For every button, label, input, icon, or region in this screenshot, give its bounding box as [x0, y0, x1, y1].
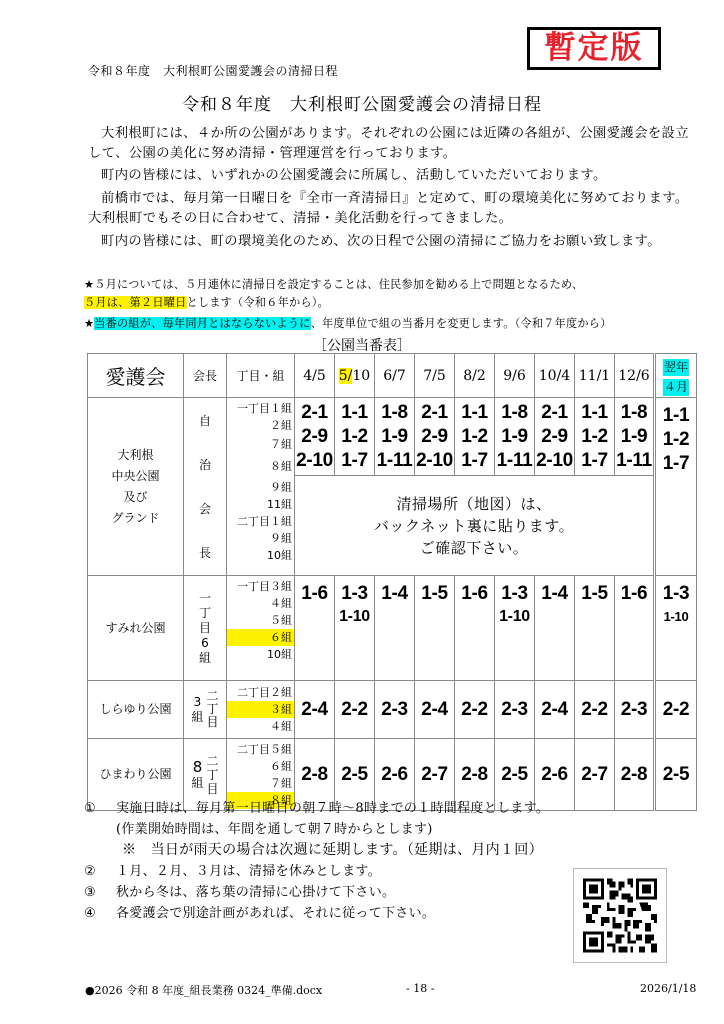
- park-name: 大利根中央公園 及びグランド: [88, 398, 184, 576]
- duty-schedule-table: 愛護会 会長 丁目・組 4/5 5/10 6/7 7/5 8/2 9/6 10/…: [87, 353, 697, 811]
- duty-cell: 2-2: [455, 681, 495, 739]
- header-date: 8/2: [455, 354, 495, 398]
- rain-postpone-note: ※ 当日が雨天の場合は次週に延期します。（延期は、月内１回）: [84, 840, 624, 861]
- table-row-shirayuri-park: しらゆり公園 3組 二丁目 二丁目２組３組４組 2-4 2-2 2-3 2-4 …: [88, 681, 697, 739]
- draft-stamp: 暫定版: [527, 27, 661, 70]
- table-row-central-park: 大利根中央公園 及びグランド 自 治 会 長 一丁目１組２組 ７組８組 ９組11…: [88, 398, 697, 476]
- duty-cell: 1-6: [615, 576, 655, 681]
- duty-cell: 2-12-92-10: [415, 398, 455, 476]
- header-date: 12/6: [615, 354, 655, 398]
- header-chair: 会長: [184, 354, 227, 398]
- footnote-4: ④各愛護会で別途計画があれば、それに従って下さい。: [84, 903, 624, 924]
- duty-cell: 2-3: [495, 681, 535, 739]
- group-list: 一丁目３組４組５組 ６組10組: [227, 576, 295, 681]
- running-title: 令和８年度 大利根町公園愛護会の清掃日程: [88, 62, 338, 79]
- duty-cell: 1-11-21-7: [335, 398, 375, 476]
- duty-cell: 1-5: [575, 576, 615, 681]
- footer-page-number: - 18 -: [406, 982, 434, 995]
- duty-cell: 2-2: [575, 681, 615, 739]
- intro-paragraph-1: 大利根町には、４か所の公園があります。それぞれの公園には近隣の各組が、公園愛護会…: [88, 124, 698, 164]
- header-date: 11/1: [575, 354, 615, 398]
- may-note-highlight: ５月は、第２日曜日: [84, 296, 187, 309]
- footer-filename: ●2026 令和 8 年度_組長業務 0324_準備.docx: [85, 982, 322, 998]
- table-caption: ［公園当番表］: [0, 335, 724, 355]
- park-name: すみれ公園: [88, 576, 184, 681]
- footnote-2: ②１月、２月、３月は、清掃を休みとします。: [84, 861, 624, 882]
- chair-cell: 自 治 会 長: [184, 398, 227, 576]
- duty-cell: 2-2: [335, 681, 375, 739]
- duty-cell: 2-12-92-10: [295, 398, 335, 476]
- header-date-may: 5/10: [335, 354, 375, 398]
- duty-cell: 1-31-10: [495, 576, 535, 681]
- intro-paragraph-2: 町内の皆様には、いずれかの公園愛護会に所属し、活動していただいております。: [88, 166, 698, 186]
- park-name: しらゆり公園: [88, 681, 184, 739]
- duty-cell: 1-11-21-7: [575, 398, 615, 476]
- duty-cell: 1-6: [295, 576, 335, 681]
- duty-cell: 2-3: [615, 681, 655, 739]
- duty-cell: 2-12-92-10: [535, 398, 575, 476]
- duty-cell: 1-81-91-11: [375, 398, 415, 476]
- intro-paragraph-4: 町内の皆様には、町の環境美化のため、次の日程で公園の清掃にご協力をお願い致します…: [88, 232, 698, 252]
- chair-cell: 3組 二丁目: [184, 681, 227, 739]
- duty-cell: 1-4: [375, 576, 415, 681]
- header-date: 9/6: [495, 354, 535, 398]
- map-location-note: 清掃場所（地図）は、 バックネット裏に貼ります。 ご確認下さい。: [295, 476, 655, 576]
- group-list: 一丁目１組２組 ７組８組 ９組11組 二丁目１組９組 10組: [227, 398, 295, 576]
- may-note-line1: ★５月については、５月連休に清掃日を設定することは、住民参加を勧める上で問題とな…: [84, 278, 583, 291]
- page-title: 令和８年度 大利根町公園愛護会の清掃日程: [0, 90, 724, 115]
- may-note-rest: とします（令和６年から）。: [187, 296, 329, 309]
- duty-cell: 1-11-21-7: [455, 398, 495, 476]
- duty-cell-next-year: 2-5: [655, 739, 697, 811]
- chair-cell: 一丁目6組: [184, 576, 227, 681]
- header-date: 4/5: [295, 354, 335, 398]
- header-row: 愛護会 会長 丁目・組 4/5 5/10 6/7 7/5 8/2 9/6 10/…: [88, 354, 697, 398]
- duty-cell: 1-81-91-11: [495, 398, 535, 476]
- intro-paragraph-3: 前橋市では、毎月第一日曜日を『全市一斉清掃日』と定めて、町の環境美化に努めており…: [88, 189, 698, 229]
- group-list: 二丁目２組３組４組: [227, 681, 295, 739]
- footnote-1-sub: (作業開始時間は、年間を通して朝７時からとします): [84, 819, 624, 840]
- footnote-1: ①実施日時は、毎月第一日曜日の朝７時〜8時までの１時間程度とします。: [84, 798, 624, 819]
- header-date: 10/4: [535, 354, 575, 398]
- duty-cell: 1-4: [535, 576, 575, 681]
- duty-cell: 1-5: [415, 576, 455, 681]
- header-next-year: 翌年４月: [655, 354, 697, 398]
- rotation-note: ★当番の組が、毎年同月とはならないように、年度単位で組の当番月を変更します。（令…: [84, 315, 704, 333]
- duty-cell-next-year: 1-11-21-7: [655, 398, 697, 576]
- duty-cell: 1-31-10: [335, 576, 375, 681]
- duty-cell: 2-3: [375, 681, 415, 739]
- duty-cell-next-year: 1-31-10: [655, 576, 697, 681]
- star-icon: ★: [84, 317, 94, 330]
- duty-cell-next-year: 2-2: [655, 681, 697, 739]
- footnotes: ①実施日時は、毎月第一日曜日の朝７時〜8時までの１時間程度とします。 (作業開始…: [84, 798, 624, 924]
- header-date: 7/5: [415, 354, 455, 398]
- table-row-sumire-park: すみれ公園 一丁目6組 一丁目３組４組５組 ６組10組 1-6 1-31-10 …: [88, 576, 697, 681]
- duty-cell: 2-4: [295, 681, 335, 739]
- duty-cell: 2-4: [415, 681, 455, 739]
- header-park: 愛護会: [88, 354, 184, 398]
- header-groups: 丁目・組: [227, 354, 295, 398]
- duty-cell: 1-6: [455, 576, 495, 681]
- qr-code-icon[interactable]: [573, 868, 667, 963]
- footer-date: 2026/1/18: [640, 982, 696, 995]
- rotation-note-highlight: 当番の組が、毎年同月とはならないように: [94, 317, 310, 330]
- duty-cell: 2-4: [535, 681, 575, 739]
- may-note: ★５月については、５月連休に清掃日を設定することは、住民参加を勧める上で問題とな…: [84, 276, 704, 312]
- header-date: 6/7: [375, 354, 415, 398]
- duty-cell: 1-81-91-11: [615, 398, 655, 476]
- footnote-3: ③秋から冬は、落ち葉の清掃に心掛けて下さい。: [84, 882, 624, 903]
- rotation-note-rest: 、年度単位で組の当番月を変更します。（令和７年度から）: [311, 317, 612, 330]
